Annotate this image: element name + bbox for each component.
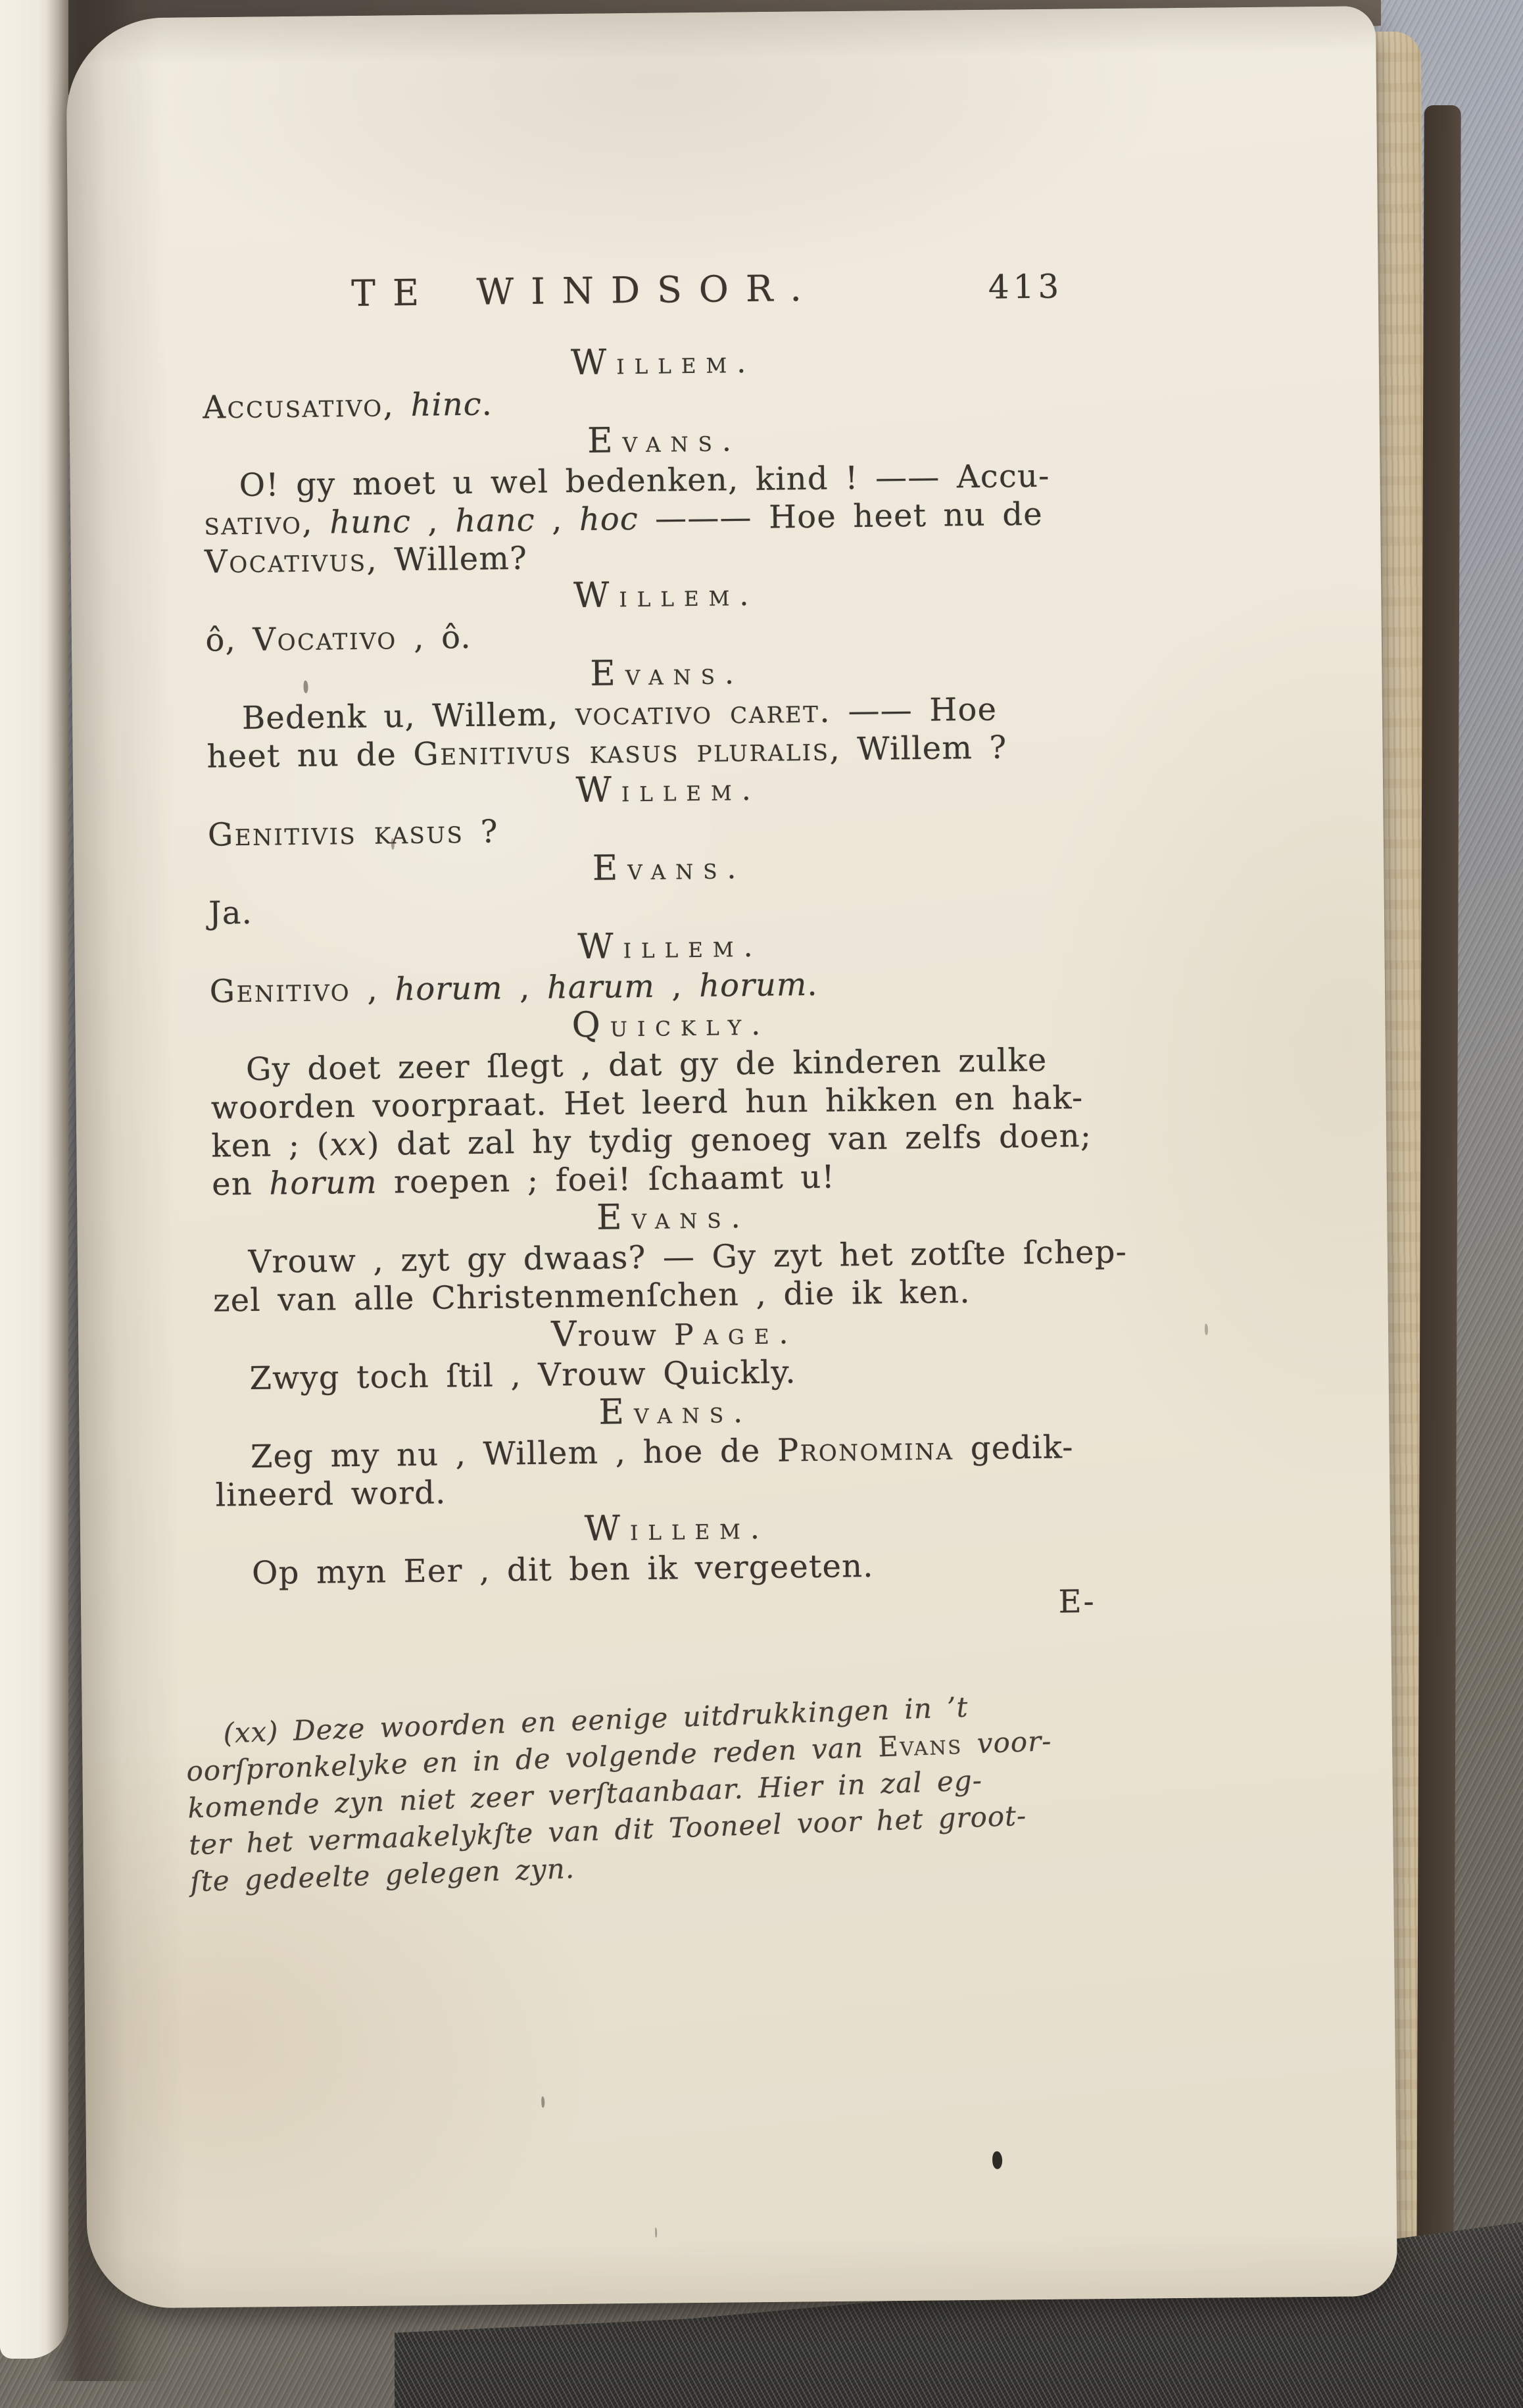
text-run: .: [807, 966, 818, 1003]
smallcaps-run: Genitivo: [209, 971, 351, 1010]
italic-run: hinc: [410, 386, 482, 424]
italic-run: hunc: [329, 503, 411, 541]
smallcaps-run: Evans.: [592, 852, 746, 887]
smallcaps-run: Genitivus kasus pluralis: [413, 731, 830, 773]
smallcaps-run: Pronomina: [777, 1430, 954, 1469]
text-run: gedik-: [954, 1429, 1074, 1467]
smallcaps-run: Quickly.: [571, 1008, 770, 1044]
text-run: Bedenk u, Willem,: [242, 696, 576, 737]
text-run: ,: [411, 503, 456, 540]
text-run: E-: [1058, 1583, 1096, 1621]
italic-run: harum: [547, 968, 656, 1006]
text-run: , Willem?: [366, 540, 527, 579]
page-number: 413: [988, 267, 1063, 306]
text-run: ô,: [205, 622, 253, 659]
text-run: ken ; (: [211, 1127, 330, 1165]
smallcaps-run: Vocativus: [205, 542, 367, 581]
text-run: ?: [464, 813, 498, 850]
ink-blot: [992, 2151, 1002, 2169]
smallcaps-run: Willem.: [585, 1512, 770, 1548]
text-run: ——— Hoe heet nu de: [638, 496, 1043, 537]
text-run: ,: [502, 970, 547, 1007]
smallcaps-run: Genitivis kasus: [208, 814, 464, 854]
smallcaps-run: Willem.: [577, 930, 763, 966]
text-run: ,: [383, 387, 411, 424]
italic-run: horum: [699, 966, 808, 1004]
text-run: Op myn Eer , dit ben ik vergeeten.: [252, 1548, 874, 1592]
smallcaps-run: sativo: [204, 504, 302, 543]
text-run: Ja.: [208, 895, 253, 932]
smallcaps-run: Willem.: [573, 579, 759, 614]
smallcaps-run: Evans: [877, 1728, 963, 1763]
text-run: —— Hoe: [831, 691, 998, 730]
text-run: .: [481, 386, 493, 423]
italic-run: hoc: [579, 501, 639, 538]
smallcaps-run: Willem.: [575, 774, 761, 809]
dialogue-text: Willem.Accusativo, hinc.Evans.O! gy moet…: [202, 337, 1139, 1631]
text-run: , ô.: [397, 619, 471, 656]
text-run: roepen ; foei! ſchaamt u!: [377, 1159, 835, 1201]
smallcaps-run: Willem.: [571, 346, 756, 381]
italic-run: hanc: [455, 502, 535, 539]
smallcaps-run: Vocativo: [253, 620, 397, 658]
text-run: , Willem ?: [829, 729, 1007, 768]
italic-run: xx: [329, 1126, 367, 1164]
smallcaps-run: Evans.: [598, 1396, 752, 1431]
text-run: ) dat zal hy tydig genoeg van zelfs doen…: [367, 1118, 1092, 1163]
text-run: en: [212, 1166, 270, 1203]
book-photograph: TE WINDSOR. 413 Willem.Accusativo, hinc.…: [0, 0, 1523, 2408]
smallcaps-run: Accusativo: [203, 387, 383, 426]
smallcaps-run: Evans.: [590, 657, 744, 693]
footnote: (xx) Deze woorden en eenige uitdrukkinge…: [185, 1682, 1164, 1900]
text-run: lineerd word.: [215, 1474, 447, 1513]
text-run: ,: [535, 501, 579, 539]
text-run: heet nu de: [206, 736, 414, 775]
text-run: ,: [302, 504, 330, 541]
smallcaps-run: Evans.: [587, 424, 741, 460]
page-header: TE WINDSOR. 413: [201, 265, 1124, 323]
text-run: Zeg my nu , Willem , hoe de: [251, 1433, 778, 1475]
smallcaps-run: vocativo caret.: [575, 693, 832, 733]
italic-run: horum: [269, 1164, 377, 1202]
italic-run: voor-: [962, 1725, 1053, 1760]
book-cover-edge: [1416, 105, 1461, 2263]
text-run: ,: [654, 968, 699, 1005]
text-run: Zwyg toch ſtil , Vrouw Quickly.: [249, 1354, 796, 1397]
text-run: Vrouw: [551, 1318, 674, 1353]
text-run: ,: [351, 971, 395, 1008]
smallcaps-run: Page.: [674, 1317, 798, 1352]
italic-run: horum: [395, 970, 503, 1008]
running-title: TE WINDSOR.: [351, 269, 819, 312]
book-page: TE WINDSOR. 413 Willem.Accusativo, hinc.…: [66, 6, 1397, 2309]
printed-text-area: TE WINDSOR. 413 Willem.Accusativo, hinc.…: [201, 265, 1142, 1888]
smallcaps-run: Evans.: [596, 1201, 750, 1237]
